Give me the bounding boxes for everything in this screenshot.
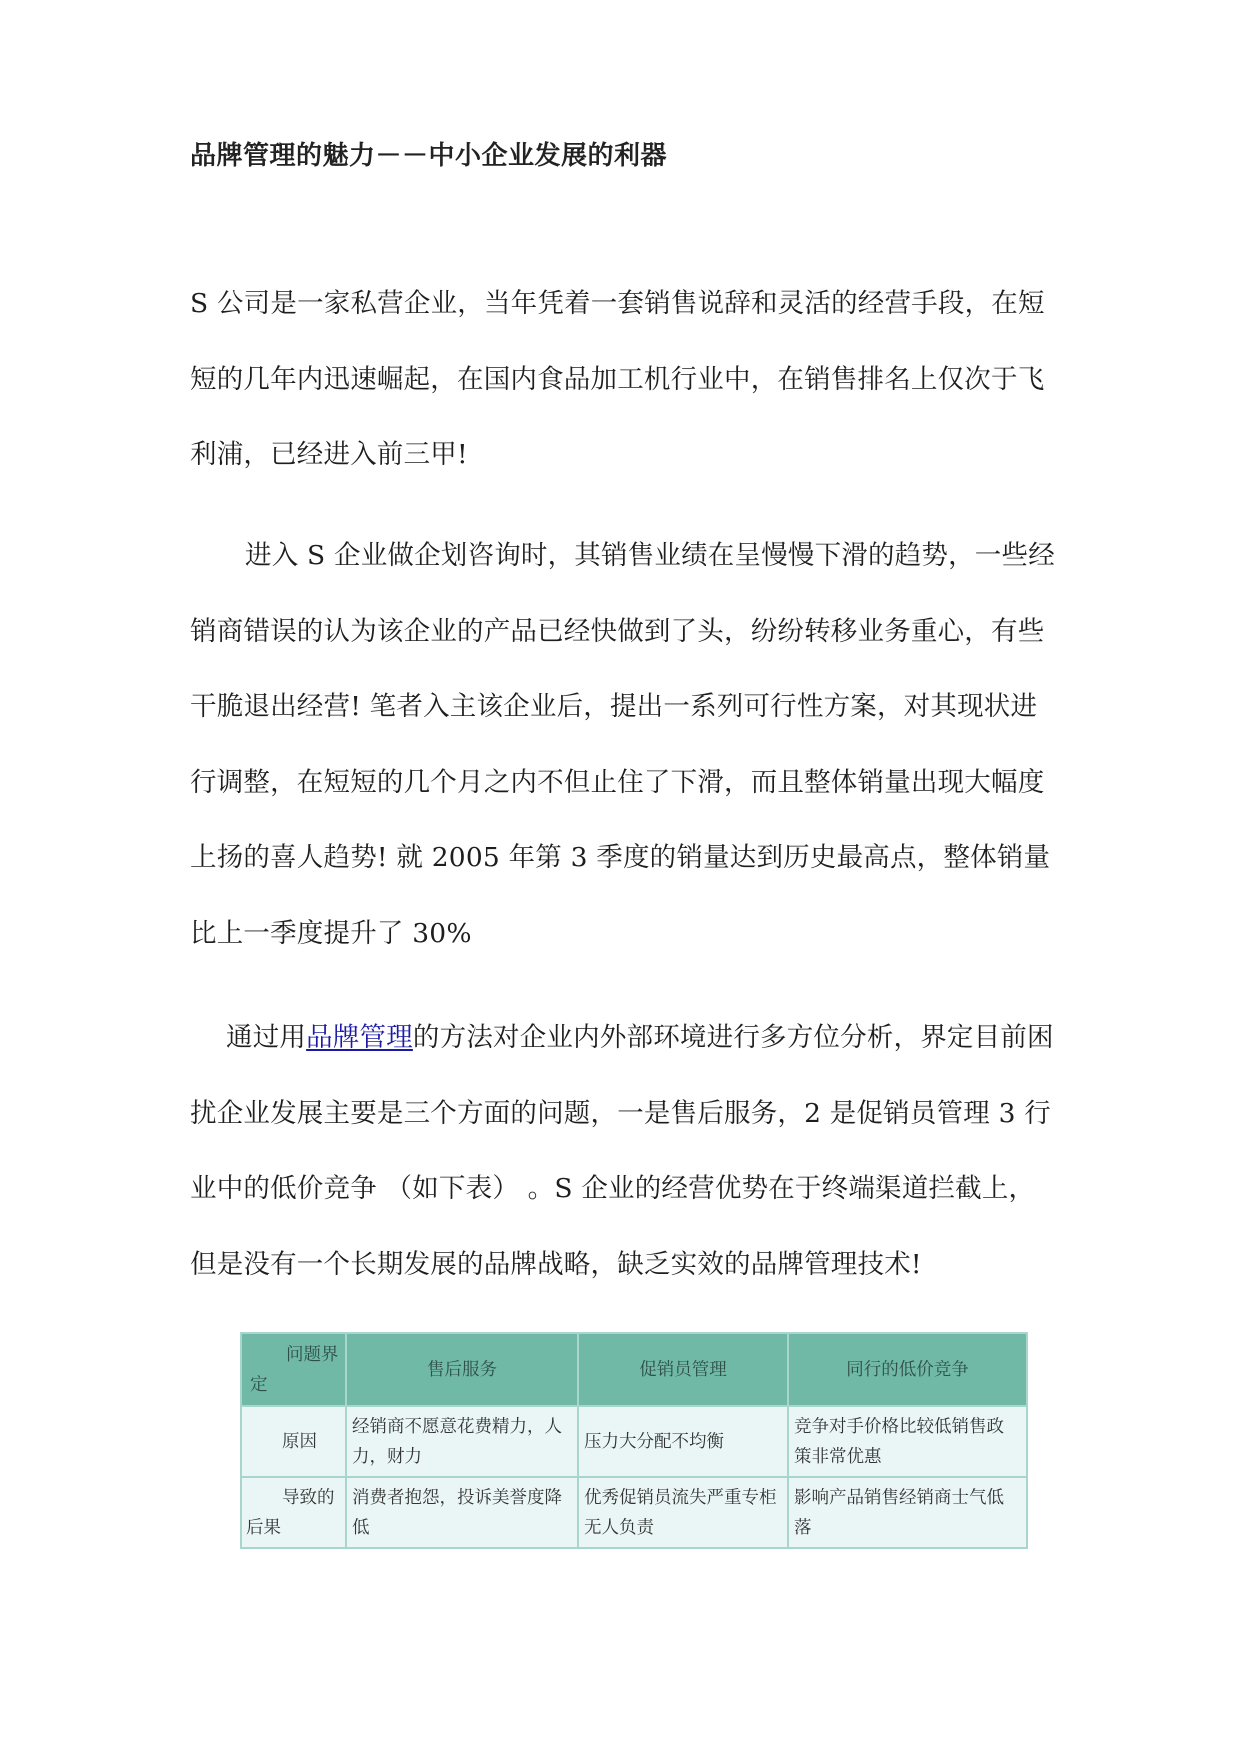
table-cell: 经销商不愿意花费精力，人力，财力 [346, 1406, 578, 1477]
table-cell: 压力大分配不均衡 [578, 1406, 788, 1477]
paragraph-consulting: 进入 S 企业做企划咨询时，其销售业绩在呈慢慢下滑的趋势，一些经 销商错误的认为… [190, 518, 1130, 971]
paragraph-company-intro: S 公司是一家私营企业，当年凭着一套销售说辞和灵活的经营手段，在短 短的几年内迅… [190, 266, 1130, 493]
paragraph-line: 上扬的喜人趋势! 就 2005 年第 3 季度的销量达到历史最高点，整体销量 [190, 820, 1130, 896]
paragraph-line: 业中的低价竞争 （如下表） 。S 企业的经营优势在于终端渠道拦截上， [190, 1151, 1130, 1227]
paragraph-line: 进入 S 企业做企划咨询时，其销售业绩在呈慢慢下滑的趋势，一些经 [190, 518, 1130, 594]
table-row-cause: 原因 经销商不愿意花费精力，人力，财力 压力大分配不均衡 竞争对手价格比较低销售… [241, 1406, 1027, 1477]
row-label: 导致的后果 [241, 1477, 346, 1548]
line-prefix: 通过用 [226, 1022, 306, 1053]
table-row-consequence: 导致的后果 消费者抱怨，投诉美誉度降低 优秀促销员流失严重专柜无人负责 影响产品… [241, 1477, 1027, 1548]
row-label: 原因 [241, 1406, 346, 1477]
document-title: 品牌管理的魅力－－中小企业发展的利器 [190, 136, 667, 176]
table-cell: 消费者抱怨，投诉美誉度降低 [346, 1477, 578, 1548]
paragraph-line: 但是没有一个长期发展的品牌战略，缺乏实效的品牌管理技术! [190, 1227, 1130, 1303]
paragraph-line: 行调整，在短短的几个月之内不但止住了下滑，而且整体销量出现大幅度 [190, 745, 1130, 821]
table-header-problem-definition: 问题界定 [241, 1333, 346, 1406]
paragraph-brand-analysis: 通过用品牌管理的方法对企业内外部环境进行多方位分析，界定目前困 扰企业发展主要是… [190, 1000, 1130, 1302]
line-suffix: 的方法对企业内外部环境进行多方位分析，界定目前困 [413, 1022, 1054, 1053]
table-header-price-competition: 同行的低价竞争 [788, 1333, 1027, 1406]
paragraph-line: 通过用品牌管理的方法对企业内外部环境进行多方位分析，界定目前困 [190, 1000, 1130, 1076]
paragraph-line: S 公司是一家私营企业，当年凭着一套销售说辞和灵活的经营手段，在短 [190, 266, 1130, 342]
table-header-after-sales: 售后服务 [346, 1333, 578, 1406]
paragraph-line: 短的几年内迅速崛起，在国内食品加工机行业中，在销售排名上仅次于飞 [190, 342, 1130, 418]
paragraph-line: 干脆退出经营! 笔者入主该企业后，提出一系列可行性方案，对其现状进 [190, 669, 1130, 745]
paragraph-line: 比上一季度提升了 30% [190, 896, 1130, 972]
table-cell: 优秀促销员流失严重专柜无人负责 [578, 1477, 788, 1548]
paragraph-line: 扰企业发展主要是三个方面的问题，一是售后服务，2 是促销员管理 3 行 [190, 1076, 1130, 1152]
problem-table: 问题界定 售后服务 促销员管理 同行的低价竞争 原因 经销商不愿意花费精力，人力… [240, 1332, 1028, 1549]
problem-table-container: 问题界定 售后服务 促销员管理 同行的低价竞争 原因 经销商不愿意花费精力，人力… [240, 1332, 1028, 1549]
brand-management-link[interactable]: 品牌管理 [306, 1022, 413, 1053]
paragraph-line: 销商错误的认为该企业的产品已经快做到了头，纷纷转移业务重心，有些 [190, 594, 1130, 670]
table-header-row: 问题界定 售后服务 促销员管理 同行的低价竞争 [241, 1333, 1027, 1406]
table-cell: 竞争对手价格比较低销售政策非常优惠 [788, 1406, 1027, 1477]
table-header-promoter-management: 促销员管理 [578, 1333, 788, 1406]
document-page: 品牌管理的魅力－－中小企业发展的利器 S 公司是一家私营企业，当年凭着一套销售说… [0, 0, 1240, 1753]
paragraph-line: 利浦，已经进入前三甲! [190, 417, 1130, 493]
table-cell: 影响产品销售经销商士气低落 [788, 1477, 1027, 1548]
